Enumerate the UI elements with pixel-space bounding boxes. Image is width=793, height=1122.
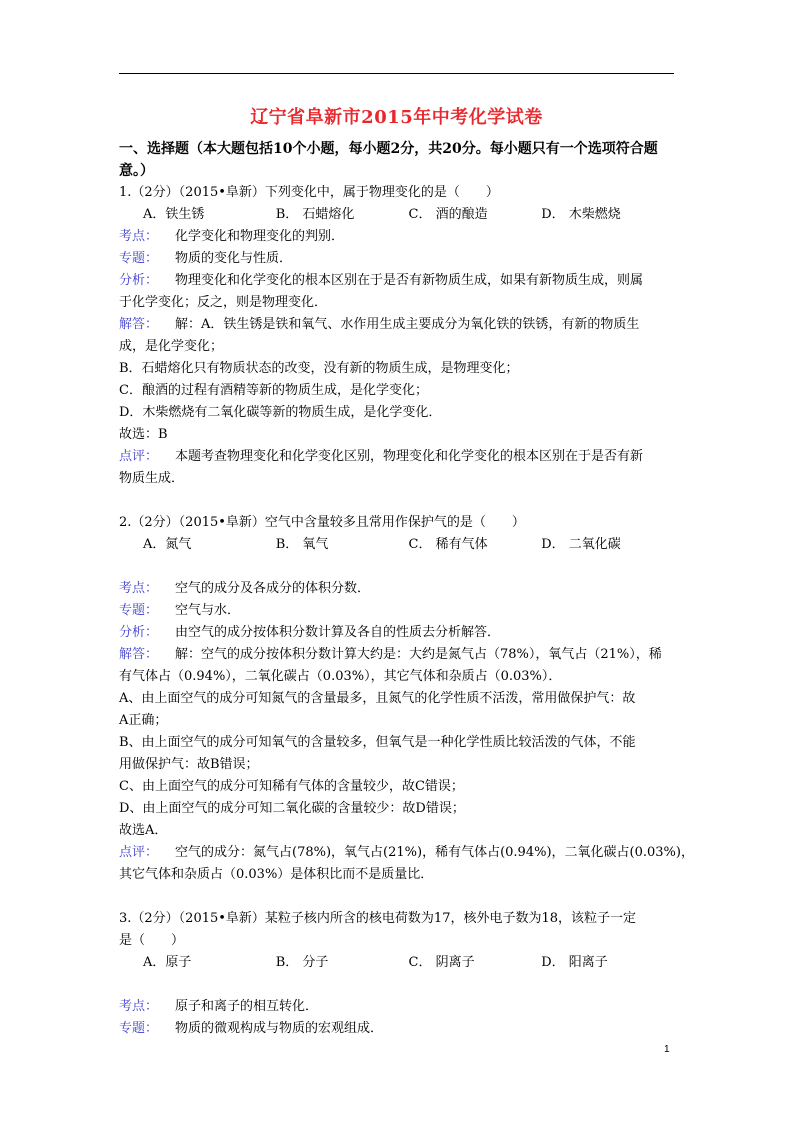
- fenxi-text-cont: 于化学变化；反之，则是物理变化．: [119, 292, 674, 314]
- dianping-label: 点评：: [119, 842, 175, 864]
- option-c: C． 阴离子: [409, 952, 542, 974]
- option-d: D． 二氧化碳: [541, 534, 674, 556]
- kaodian-label: 考点：: [119, 226, 175, 248]
- jieda-line: C、由上面空气的成分可知稀有气体的含量较少，故C错误；: [119, 776, 674, 798]
- option-d: D． 阳离子: [541, 952, 674, 974]
- jieda-line: B．石蜡熔化只有物质状态的改变，没有新的物质生成，是物理变化；: [119, 358, 674, 380]
- fenxi-text: 物理变化和化学变化的根本区别在于是否有新物质生成，如果有新物质生成，则属: [175, 273, 643, 288]
- question-1: 1.（2分）（2015•阜新）下列变化中，属于物理变化的是（ ） A．铁生锈 B…: [119, 182, 674, 490]
- jieda-label: 解答：: [119, 644, 175, 666]
- zhuanti-label: 专题：: [119, 600, 175, 622]
- jieda-line: 用做保护气：故B错误；: [119, 754, 674, 776]
- section-heading: 一、选择题（本大题包括10个小题，每小题2分，共20分。每小题只有一个选项符合题: [119, 138, 674, 160]
- kaodian-label: 考点：: [119, 578, 175, 600]
- option-b: B． 氧气: [276, 534, 409, 556]
- exam-title: 辽宁省阜新市2015年中考化学试卷: [119, 103, 674, 129]
- option-d: D． 木柴燃烧: [541, 204, 674, 226]
- jieda-line: D、由上面空气的成分可知二氧化碳的含量较少：故D错误；: [119, 798, 674, 820]
- jieda-line: D．木柴燃烧有二氧化碳等新的物质生成，是化学变化．: [119, 402, 674, 424]
- jieda-line: 成，是化学变化；: [119, 336, 674, 358]
- zhuanti-text: 物质的变化与性质．: [175, 251, 292, 266]
- header-rule: [119, 73, 674, 74]
- jieda-line: A、由上面空气的成分可知氮气的含量最多，且氮气的化学性质不活泼，常用做保护气：故: [119, 688, 674, 710]
- option-c: C． 酒的酿造: [409, 204, 542, 226]
- question-options: A．铁生锈 B． 石蜡熔化 C． 酒的酿造 D． 木柴燃烧: [119, 204, 674, 226]
- jieda-line: 故选：B: [119, 424, 674, 446]
- jieda-label: 解答：: [119, 314, 175, 336]
- jieda-line: A正确；: [119, 710, 674, 732]
- option-a: A．原子: [143, 952, 276, 974]
- zhuanti-text: 空气与水．: [175, 603, 240, 618]
- question-stem-cont: 是（ ）: [119, 930, 674, 952]
- dianping-text-cont: 其它气体和杂质占（0.03%）是体积比而不是质量比．: [119, 864, 674, 886]
- question-options: A．氮气 B． 氧气 C． 稀有气体 D． 二氧化碳: [119, 534, 674, 556]
- fenxi-text: 由空气的成分按体积分数计算及各自的性质去分析解答．: [175, 625, 500, 640]
- option-b: B． 石蜡熔化: [276, 204, 409, 226]
- question-options: A．原子 B． 分子 C． 阴离子 D． 阳离子: [119, 952, 674, 974]
- jieda-text: 解：空气的成分按体积分数计算大约是：大约是氮气占（78%），氧气占（21%），稀: [175, 647, 662, 662]
- question-2: 2.（2分）（2015•阜新）空气中含量较多且常用作保护气的是（ ） A．氮气 …: [119, 512, 674, 886]
- fenxi-label: 分析：: [119, 622, 175, 644]
- page-number: 1: [664, 1044, 670, 1055]
- dianping-label: 点评：: [119, 446, 175, 468]
- exam-content: 一、选择题（本大题包括10个小题，每小题2分，共20分。每小题只有一个选项符合题…: [119, 138, 674, 1040]
- kaodian-text: 原子和离子的相互转化．: [175, 999, 318, 1014]
- zhuanti-text: 物质的微观构成与物质的宏观组成．: [175, 1021, 383, 1036]
- jieda-line: B、由上面空气的成分可知氧气的含量较多，但氧气是一种化学性质比较活泼的气体，不能: [119, 732, 674, 754]
- option-c: C． 稀有气体: [409, 534, 542, 556]
- dianping-text-cont: 物质生成．: [119, 468, 674, 490]
- dianping-text: 本题考查物理变化和化学变化区别，物理变化和化学变化的根本区别在于是否有新: [175, 449, 643, 464]
- option-b: B． 分子: [276, 952, 409, 974]
- jieda-text: 解：A．铁生锈是铁和氧气、水作用生成主要成分为氧化铁的铁锈，有新的物质生: [175, 317, 639, 332]
- option-a: A．铁生锈: [143, 204, 276, 226]
- question-3: 3.（2分）（2015•阜新）某粒子核内所含的核电荷数为17，核外电子数为18，…: [119, 908, 674, 1040]
- question-stem: 3.（2分）（2015•阜新）某粒子核内所含的核电荷数为17，核外电子数为18，…: [119, 908, 674, 930]
- jieda-line: 故选A．: [119, 820, 674, 842]
- zhuanti-label: 专题：: [119, 1018, 175, 1040]
- document-page: 辽宁省阜新市2015年中考化学试卷 一、选择题（本大题包括10个小题，每小题2分…: [0, 0, 793, 1122]
- jieda-line: 有气体占（0.94%），二氧化碳占（0.03%），其它气体和杂质占（0.03%）…: [119, 666, 674, 688]
- zhuanti-label: 专题：: [119, 248, 175, 270]
- question-stem: 2.（2分）（2015•阜新）空气中含量较多且常用作保护气的是（ ）: [119, 512, 674, 534]
- section-heading-cont: 意。）: [119, 160, 674, 182]
- kaodian-label: 考点：: [119, 996, 175, 1018]
- option-a: A．氮气: [143, 534, 276, 556]
- kaodian-text: 化学变化和物理变化的判别．: [175, 229, 344, 244]
- jieda-line: C．酿酒的过程有酒精等新的物质生成，是化学变化；: [119, 380, 674, 402]
- fenxi-label: 分析：: [119, 270, 175, 292]
- kaodian-text: 空气的成分及各成分的体积分数．: [175, 581, 370, 596]
- question-stem: 1.（2分）（2015•阜新）下列变化中，属于物理变化的是（ ）: [119, 182, 674, 204]
- dianping-text: 空气的成分：氮气占(78%)，氧气占(21%)，稀有气体占(0.94%)，二氧化…: [175, 845, 694, 860]
